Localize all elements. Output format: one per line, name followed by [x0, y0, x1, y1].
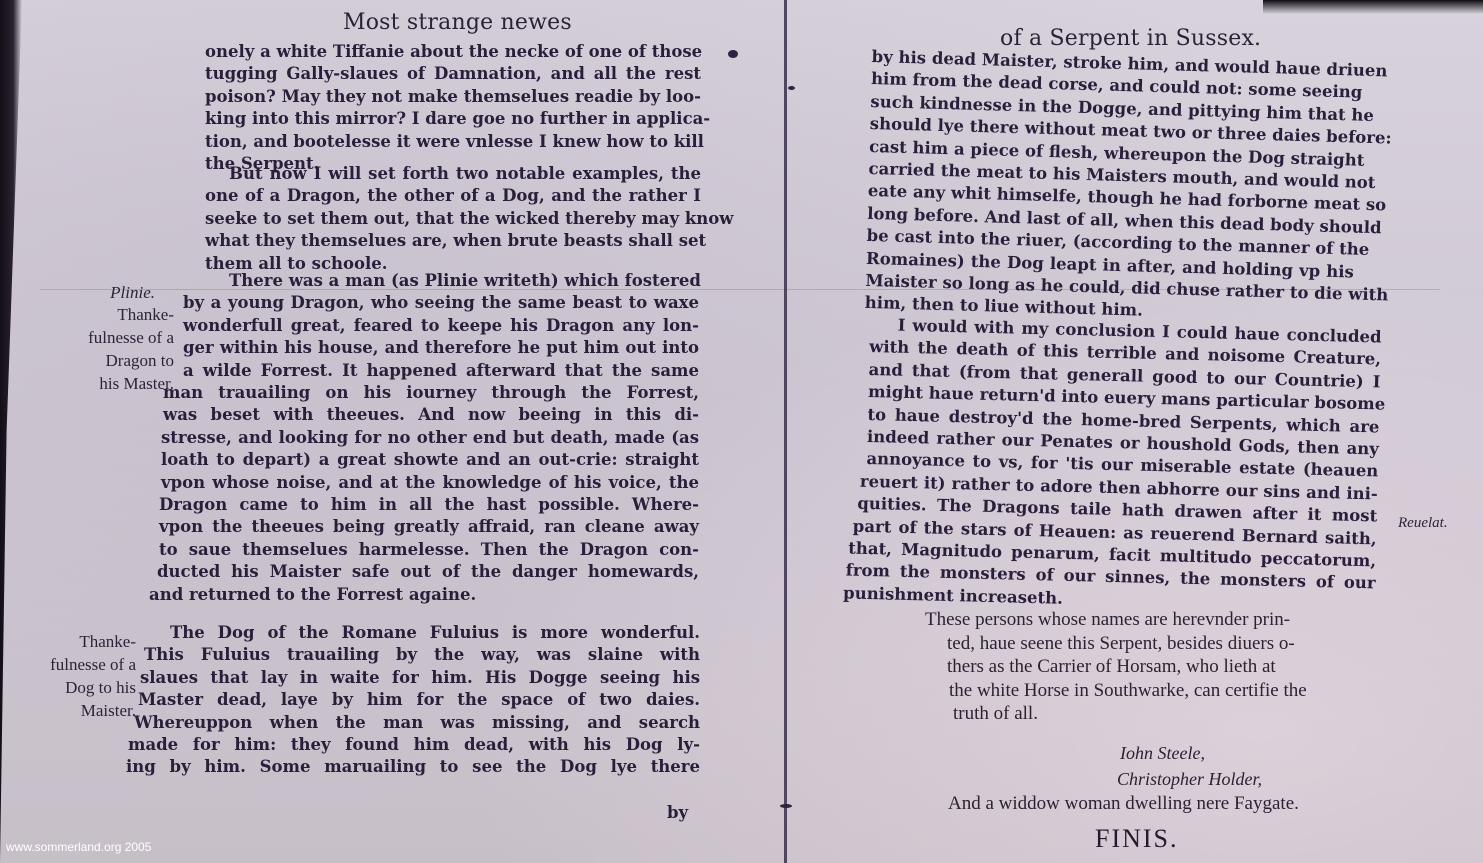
ink-speck — [728, 50, 738, 58]
text-line: one of a Dragon, the other of a Dog, and… — [205, 185, 701, 207]
finis-label: FINIS. — [1095, 824, 1179, 854]
text-line: made for him: they found him dead, with … — [128, 734, 700, 756]
text-line: what they themselues are, when brute bea… — [205, 230, 701, 252]
text-line: ing by him. Some maruailing to see the D… — [126, 756, 700, 778]
text-line: loath to depart) a great showte and an o… — [161, 449, 699, 471]
watermark: www.sommerland.org 2005 — [6, 840, 151, 854]
margin-note-line: Thanke- — [50, 303, 174, 326]
text-line: slaues that lay in waite for him. His Do… — [140, 667, 700, 689]
text-line: Master dead, laye by him for the space o… — [138, 689, 700, 711]
book-edge-shadow — [0, 0, 22, 863]
text-line: and returned to the Forrest againe. — [149, 584, 699, 606]
right-page-paragraph-1: by his dead Maister, stroke him, and wou… — [864, 46, 1359, 328]
left-page-paragraph-2: But now I will set forth two notable exa… — [205, 163, 701, 275]
margin-note-line: Maister. — [8, 699, 136, 722]
text-line: The Dog of the Romane Fuluius is more wo… — [140, 622, 700, 644]
text-line: man trauailing on his iourney through th… — [163, 382, 699, 404]
left-page-paragraph-1: onely a white Tiffanie about the necke o… — [205, 41, 701, 175]
right-page-paragraph-2: I would with my conclusion I could haue … — [863, 314, 1382, 618]
page-gutter — [784, 0, 787, 863]
margin-note-dog: Thanke- fulnesse of a Dog to his Maister… — [8, 630, 136, 722]
left-running-head: Most strange newes — [343, 10, 572, 35]
margin-note-line: Reuelat. — [1398, 512, 1478, 535]
text-line: But now I will set forth two notable exa… — [205, 163, 701, 185]
text-line: vpon whose noise, and at the knowledge o… — [161, 472, 699, 494]
text-line: seeke to set them out, that the wicked t… — [205, 208, 701, 230]
text-line: was beset with theeues. And now beeing i… — [163, 404, 699, 426]
book-spread: Most strange newes onely a white Tiffani… — [0, 0, 1483, 863]
text-line: stresse, and looking for no other end bu… — [161, 427, 699, 449]
witness-statement: These persons whose names are herevnder … — [925, 608, 1415, 726]
margin-note-dragon: Thanke- fulnesse of a Dragon to his Mast… — [50, 303, 174, 395]
margin-note-reuelat: Reuelat. — [1398, 512, 1478, 535]
text-line: wonderfull great, feared to keepe his Dr… — [183, 315, 699, 337]
text-line: This Fuluius trauailing by the way, was … — [144, 644, 700, 666]
witness-name-1: Iohn Steele, — [1120, 742, 1205, 766]
right-running-head: of a Serpent in Sussex. — [1000, 26, 1261, 51]
text-line: These persons whose names are herevnder … — [925, 608, 1415, 632]
text-line: ted, haue seene this Serpent, besides di… — [925, 632, 1415, 656]
text-line: by a young Dragon, who seeing the same b… — [183, 292, 699, 314]
text-line: ger within his house, and therefore he p… — [183, 337, 699, 359]
margin-note-line: fulnesse of a — [8, 653, 136, 676]
text-line: Whereuppon when the man was missing, and… — [134, 712, 700, 734]
margin-note-line: Dog to his — [8, 676, 136, 699]
text-line: vpon the theeues being greatly affraid, … — [159, 516, 699, 538]
margin-note-plinie: Plinie. — [90, 281, 155, 304]
ink-speck — [788, 86, 795, 90]
witness-name-2: Christopher Holder, — [1117, 768, 1262, 792]
text-line: king into this mirror? I dare goe no fur… — [205, 108, 701, 130]
left-page-paragraph-3: There was a man (as Plinie writeth) whic… — [183, 270, 699, 606]
margin-note-line: Thanke- — [8, 630, 136, 653]
margin-note-line: fulnesse of a — [50, 326, 174, 349]
text-line: tugging Gally-slaues of Damnation, and a… — [205, 63, 701, 85]
text-line: to saue themselues harmelesse. Then the … — [159, 539, 699, 561]
text-line: Dragon came to him in all the hast possi… — [159, 494, 699, 516]
text-line: a wilde Forrest. It happened afterward t… — [183, 360, 699, 382]
text-line: ducted his Maister safe out of the dange… — [157, 561, 699, 583]
text-line: thers as the Carrier of Horsam, who liet… — [925, 655, 1415, 679]
left-page-paragraph-4: The Dog of the Romane Fuluius is more wo… — [140, 622, 700, 779]
margin-note-line: Dragon to — [50, 349, 174, 372]
text-line: poison? May they not make themselues rea… — [205, 86, 701, 108]
book-edge-shadow-top — [1263, 0, 1483, 14]
text-line: There was a man (as Plinie writeth) whic… — [183, 270, 699, 292]
text-line: truth of all. — [925, 702, 1415, 726]
ink-speck — [780, 804, 792, 808]
text-line: tion, and bootelesse it were vnlesse I k… — [205, 131, 701, 153]
catchword: by — [667, 802, 688, 824]
witness-name-3: And a widdow woman dwelling nere Faygate… — [948, 792, 1299, 816]
text-line: the white Horse in Southwarke, can certi… — [925, 679, 1415, 703]
margin-note-line: Plinie. — [90, 281, 155, 304]
text-line: onely a white Tiffanie about the necke o… — [205, 41, 701, 63]
margin-note-line: his Master. — [50, 372, 174, 395]
